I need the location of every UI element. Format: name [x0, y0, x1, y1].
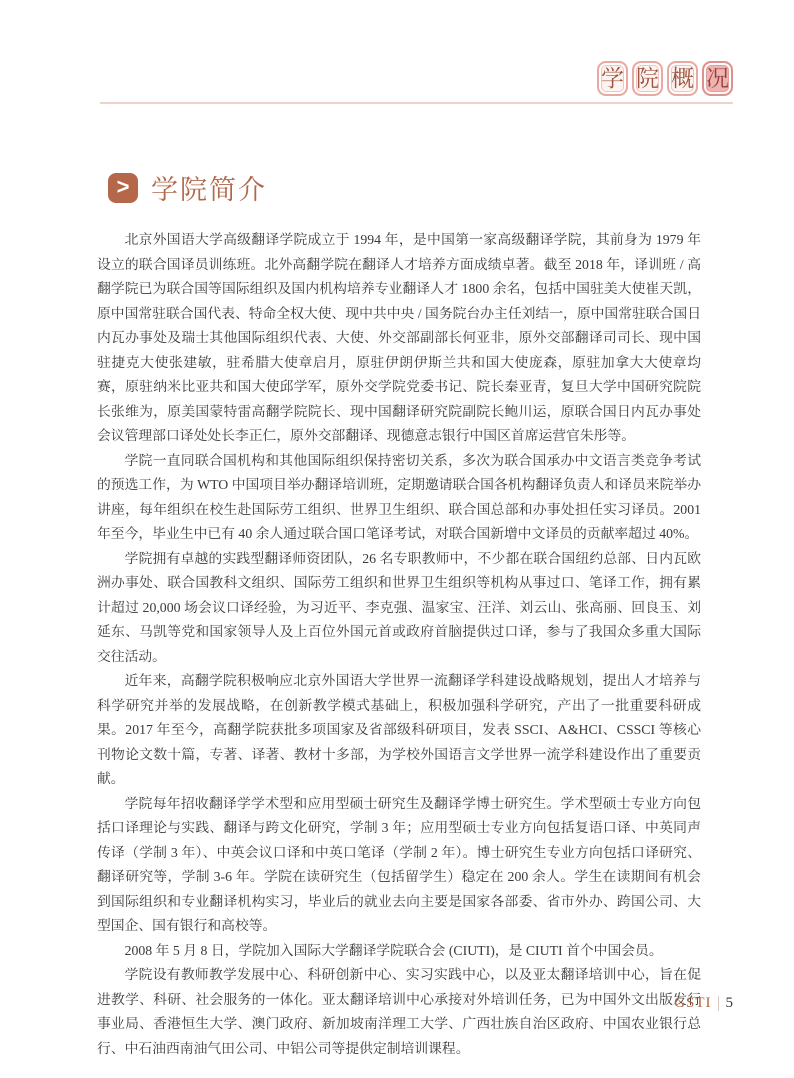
page-header-seal-title: 学院概况 [597, 61, 733, 96]
paragraph: 学院一直同联合国机构和其他国际组织保持密切关系，多次为联合国承办中文语言类竞争考… [97, 449, 701, 547]
paragraph: 学院每年招收翻译学学术型和应用型硕士研究生及翻译学博士研究生。学术型硕士专业方向… [97, 792, 701, 939]
page-number: 5 [726, 995, 734, 1012]
paragraph: 学院拥有卓越的实践型翻译师资团队，26 名专职教师中，不少都在联合国纽约总部、日… [97, 547, 701, 670]
header-divider-line [100, 102, 733, 104]
footer-brand: GSTI [674, 995, 711, 1012]
seal-character-box: 学 [597, 61, 628, 96]
seal-character-box: 况 [702, 61, 733, 96]
paragraph: 北京外国语大学高级翻译学院成立于 1994 年，是中国第一家高级翻译学院，其前身… [97, 228, 701, 449]
seal-character-box: 院 [632, 61, 663, 96]
section-heading: > 学院简介 [108, 168, 267, 207]
paragraph: 近年来，高翻学院积极响应北京外国语大学世界一流翻译学科建设战略规划，提出人才培养… [97, 669, 701, 792]
body-text: 北京外国语大学高级翻译学院成立于 1994 年，是中国第一家高级翻译学院，其前身… [97, 228, 701, 1061]
page-footer: GSTI 5 [674, 995, 733, 1012]
footer-divider-line [718, 996, 719, 1011]
seal-character-box: 概 [667, 61, 698, 96]
paragraph: 2008 年 5 月 8 日，学院加入国际大学翻译学院联合会 (CIUTI)，是… [97, 939, 701, 964]
section-title: 学院简介 [151, 168, 267, 207]
paragraph: 学院设有教师教学发展中心、科研创新中心、实习实践中心，以及亚太翻译培训中心，旨在… [97, 963, 701, 1061]
chevron-right-icon: > [108, 173, 138, 203]
document-page: 学院概况 > 学院简介 北京外国语大学高级翻译学院成立于 1994 年，是中国第… [0, 0, 794, 1078]
